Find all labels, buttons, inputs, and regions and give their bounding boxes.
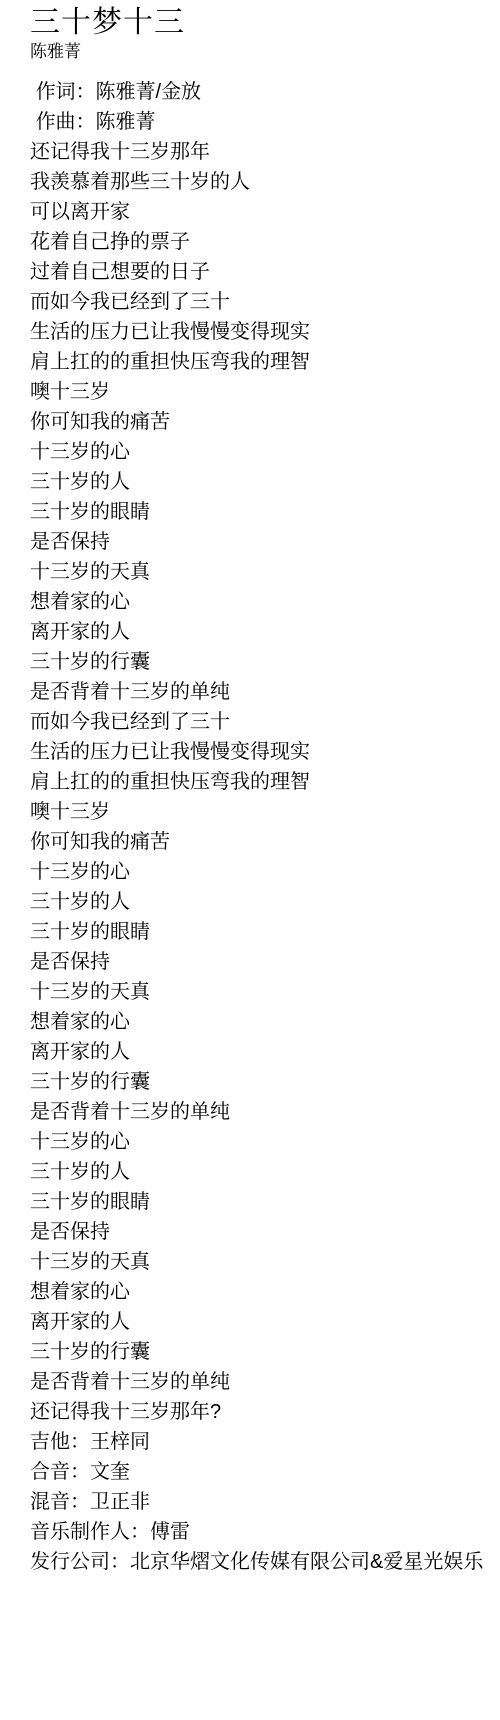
lyric-line: 作词：陈雅菁/金放 <box>30 77 490 107</box>
lyric-line: 三十岁的行囊 <box>30 647 490 677</box>
lyric-line: 合音：文奎 <box>30 1457 490 1487</box>
lyric-line: 十三岁的心 <box>30 1127 490 1157</box>
lyric-line: 想着家的心 <box>30 587 490 617</box>
lyric-line: 还记得我十三岁那年 <box>30 137 490 167</box>
lyric-line: 是否背着十三岁的单纯 <box>30 677 490 707</box>
lyric-line: 花着自己挣的票子 <box>30 227 490 257</box>
lyric-line: 十三岁的心 <box>30 437 490 467</box>
lyric-line: 混音：卫正非 <box>30 1487 490 1517</box>
lyric-line: 而如今我已经到了三十 <box>30 707 490 737</box>
lyric-line: 是否保持 <box>30 1217 490 1247</box>
artist-name: 陈雅菁 <box>30 41 490 63</box>
lyrics-container: 作词：陈雅菁/金放 作曲：陈雅菁还记得我十三岁那年我羡慕着那些三十岁的人可以离开… <box>30 77 490 1577</box>
lyric-line: 离开家的人 <box>30 1307 490 1337</box>
lyric-line: 离开家的人 <box>30 617 490 647</box>
lyric-line: 想着家的心 <box>30 1277 490 1307</box>
lyrics-page: 三十梦十三 陈雅菁 作词：陈雅菁/金放 作曲：陈雅菁还记得我十三岁那年我羡慕着那… <box>0 0 500 1577</box>
lyric-line: 三十岁的行囊 <box>30 1337 490 1367</box>
lyric-line: 可以离开家 <box>30 197 490 227</box>
lyric-line: 肩上扛的的重担快压弯我的理智 <box>30 767 490 797</box>
lyric-line: 生活的压力已让我慢慢变得现实 <box>30 317 490 347</box>
lyric-line: 三十岁的人 <box>30 1157 490 1187</box>
lyric-line: 过着自己想要的日子 <box>30 257 490 287</box>
lyric-line: 三十岁的行囊 <box>30 1067 490 1097</box>
lyric-line: 离开家的人 <box>30 1037 490 1067</box>
lyric-line: 十三岁的心 <box>30 857 490 887</box>
lyric-line: 肩上扛的的重担快压弯我的理智 <box>30 347 490 377</box>
lyric-line: 是否保持 <box>30 527 490 557</box>
lyric-line: 还记得我十三岁那年? <box>30 1397 490 1427</box>
lyric-line: 三十岁的眼睛 <box>30 1187 490 1217</box>
lyric-line: 十三岁的天真 <box>30 1247 490 1277</box>
lyric-line: 三十岁的眼睛 <box>30 497 490 527</box>
lyric-line: 我羡慕着那些三十岁的人 <box>30 167 490 197</box>
lyric-line: 三十岁的眼睛 <box>30 917 490 947</box>
lyric-line: 噢十三岁 <box>30 377 490 407</box>
lyric-line: 吉他：王梓同 <box>30 1427 490 1457</box>
song-title: 三十梦十三 <box>30 5 490 41</box>
lyric-line: 三十岁的人 <box>30 887 490 917</box>
lyric-line: 音乐制作人：傅雷 <box>30 1517 490 1547</box>
lyric-line: 作曲：陈雅菁 <box>30 107 490 137</box>
lyric-line: 十三岁的天真 <box>30 557 490 587</box>
lyric-line: 三十岁的人 <box>30 467 490 497</box>
lyric-line: 噢十三岁 <box>30 797 490 827</box>
lyric-line: 是否保持 <box>30 947 490 977</box>
lyric-line: 想着家的心 <box>30 1007 490 1037</box>
lyric-line: 你可知我的痛苦 <box>30 407 490 437</box>
lyric-line: 是否背着十三岁的单纯 <box>30 1097 490 1127</box>
lyric-line: 你可知我的痛苦 <box>30 827 490 857</box>
lyric-line: 十三岁的天真 <box>30 977 490 1007</box>
lyric-line: 是否背着十三岁的单纯 <box>30 1367 490 1397</box>
lyric-line: 发行公司：北京华熠文化传媒有限公司&爱星光娱乐 <box>30 1547 490 1577</box>
lyric-line: 生活的压力已让我慢慢变得现实 <box>30 737 490 767</box>
lyric-line: 而如今我已经到了三十 <box>30 287 490 317</box>
